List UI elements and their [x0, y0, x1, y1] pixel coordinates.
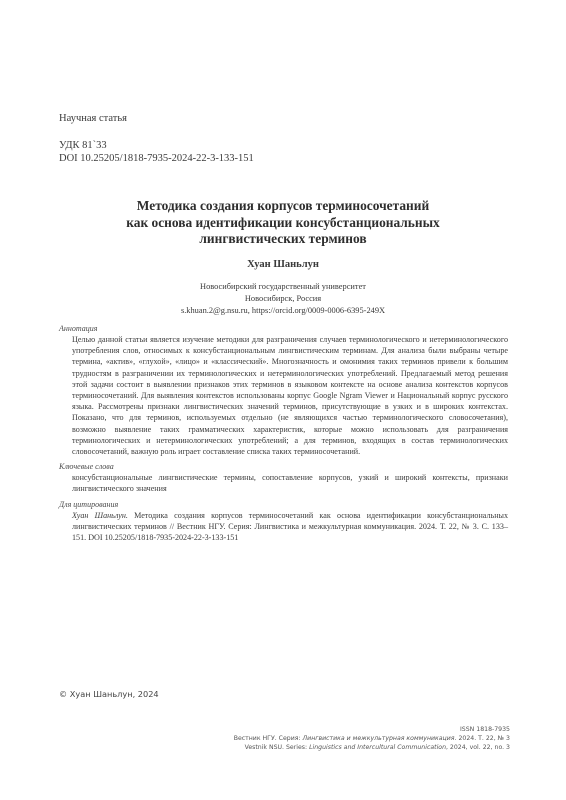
affiliation-city: Новосибирск, Россия: [0, 293, 566, 305]
title-line: Методика создания корпусов терминосочета…: [80, 198, 486, 215]
author-name: Хуан Шаньлун: [0, 259, 566, 270]
citation-body: Методика создания корпусов терминосочета…: [72, 511, 508, 542]
article-title: Методика создания корпусов терминосочета…: [80, 198, 486, 248]
abstract-text: Целью данной статьи является изучение ме…: [72, 334, 508, 457]
udk-code: УДК 81`33: [59, 140, 107, 151]
doi: DOI 10.25205/1818-7935-2024-22-3-133-151: [59, 153, 254, 164]
journal-footer: ISSN 1818-7935 Вестник НГУ. Серия: Лингв…: [234, 725, 510, 752]
journal-en: Vestnik NSU. Series: Linguistics and Int…: [234, 743, 510, 752]
citation-label: Для цитирования: [59, 500, 118, 509]
keywords-text: консубстанциональные лингвистические тер…: [72, 472, 508, 494]
copyright-notice: © Хуан Шаньлун, 2024: [59, 689, 159, 699]
citation-text: Хуан Шаньлун. Методика создания корпусов…: [72, 510, 508, 544]
keywords-label: Ключевые слова: [59, 462, 114, 471]
author-affiliation: Новосибирский государственный университе…: [0, 281, 566, 305]
journal-ru: Вестник НГУ. Серия: Лингвистика и межкул…: [234, 734, 510, 743]
author-contact: s.khuan.2@g.nsu.ru, https://orcid.org/00…: [0, 306, 566, 315]
title-line: как основа идентификации консубстанциона…: [80, 215, 486, 232]
affiliation-name: Новосибирский государственный университе…: [0, 281, 566, 293]
issn: ISSN 1818-7935: [234, 725, 510, 734]
abstract-label: Аннотация: [59, 324, 97, 333]
title-line: лингвистических терминов: [80, 231, 486, 248]
article-type: Научная статья: [59, 113, 127, 124]
citation-author: Хуан Шаньлун.: [72, 511, 128, 520]
